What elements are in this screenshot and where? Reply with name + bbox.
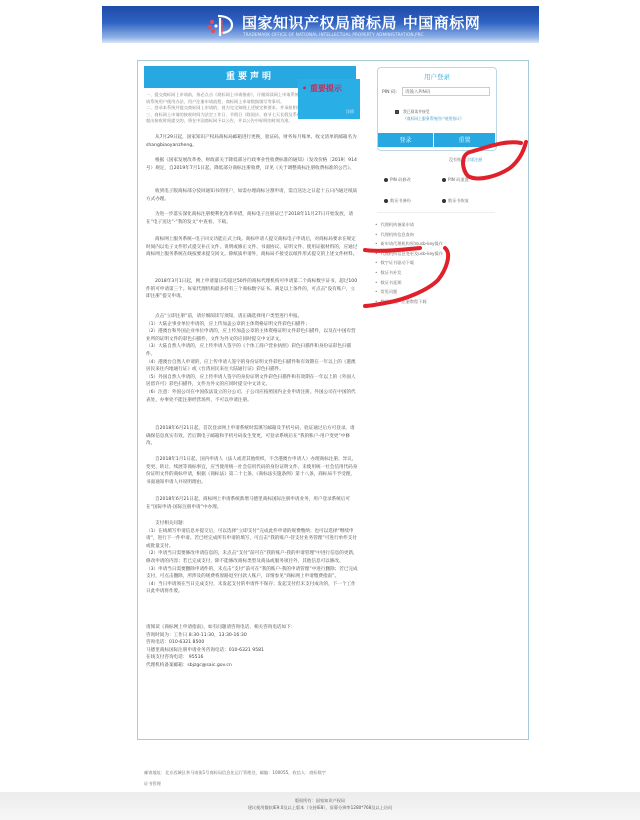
- register-item: （5）外国自然人申请的，应上传申请人签字的身份证明文件彩色扫描件和有效期在一年以…: [146, 374, 358, 389]
- link-label: 数证书恢复: [448, 198, 469, 203]
- pin-reset-icon: [442, 178, 446, 182]
- notice-paragraph: 自2018年1月1日起，国内申请人（法人或者其他组织，不含港澳台申请人）办理商标…: [146, 456, 358, 486]
- no-account-text: 没有账户,: [449, 157, 466, 162]
- pin-edit-icon: [384, 178, 388, 182]
- contact-line: 代理机构备案邮箱：sbjzgc@saic.gov.cn: [146, 662, 358, 670]
- contact-line: 在线支付咨询电话： 95516: [146, 654, 358, 662]
- mailing-address: 邮寄地址：北京西城区茶马南街1号商标局信息化运行管理处，邮编：100055，收信…: [144, 770, 326, 776]
- payment-item: （1）在线填写申请信息并提交后，可以选择“立即支付”完成此件申请的规费缴纳；也可…: [146, 528, 358, 551]
- register-intro: 点击“立即注册”前，请仔细阅读写须知，请正确选择用户类型进行申报。: [146, 313, 358, 321]
- notice-paragraph: 从7月29日起，国家知识产权局商标局邮箱进行更换，验证码、财务每月账单、收文清单…: [146, 134, 358, 149]
- contact-line: 咨询电话：010-6321 8500: [146, 639, 358, 647]
- cert-restore-link[interactable]: 数证书恢复: [442, 198, 469, 204]
- register-item: （2）港澳台和外国企业单位申请的，应上传加盖公章的主体资格证明文件彩色扫描件，以…: [146, 328, 358, 343]
- popup-title: • 重要提示: [302, 83, 342, 94]
- login-title: 用户登录: [378, 72, 496, 81]
- side-link[interactable]: 代理机构信息查询: [375, 230, 515, 240]
- browser-note: 建议使用微软IE9.0及以上版本（支持IE8），屏幕分辨率1280*768及以上…: [0, 805, 640, 811]
- agree-label: 我已阅读并接受: [403, 109, 430, 115]
- register-item: （3）大陆自然人申请的，应上传申请人签字的《个体工商户营业执照》彩色扫描件和身份…: [146, 343, 358, 358]
- notice-paragraph: 根据《国家发展改革委、财政部关于降低部分行政事业性收费标准的通知》（发改价格〔2…: [146, 157, 358, 172]
- side-link[interactable]: 数证书补发: [375, 268, 515, 278]
- side-link[interactable]: 常见问题: [375, 287, 515, 297]
- register-item: （4）港澳台自然人申请的，应上传申请人签字的身份证明文件彩色扫描件和有效期在一年…: [146, 359, 358, 374]
- register-notes: 点击“立即注册”前，请仔细阅读写须知，请正确选择用户类型进行申报。 （1）大陆企…: [146, 313, 358, 404]
- cert-update-icon: [384, 199, 388, 203]
- payment-item: （4）当日申请须在当日完成支付，未发起支付的申请件不保存；发起支付但未支付成功的…: [146, 581, 358, 596]
- divider: [377, 212, 495, 213]
- link-label: 数证书备份: [390, 198, 411, 203]
- cert-backup-link[interactable]: 数证书备份: [384, 198, 411, 204]
- notice-paragraph: 商标网上服务系统--电子回文功能正式上线。商标申请人提交商标电子申请后，对商标局…: [146, 236, 358, 259]
- reset-button[interactable]: 重置: [434, 133, 495, 147]
- link-label: PIN 码重置: [448, 177, 469, 182]
- login-button[interactable]: 登录: [378, 133, 433, 147]
- notice-paragraph: 2018年3月1日起，网上申请量日均超过50件的商标代理机构可申请第二个商标数字…: [146, 278, 358, 301]
- agree-checkbox[interactable]: [395, 110, 399, 114]
- contact-line: 马德里商标国际注册申请业务咨询电话：010-6321 9581: [146, 647, 358, 655]
- notice-paragraph: 收到电子版商标部分驳回通知书的用户，如需办理商标分割申请，需自送达之日起十五日内…: [146, 188, 358, 203]
- notice-paragraph: 自2018年6月21日起，首次登录网上申请系统时需填写邮箱及手机号码，验证通过后…: [146, 425, 358, 448]
- contact-line: 咨询时间为：工作日 8:30-11:30，13:30-16:30: [146, 632, 358, 640]
- payment-item: （3）申请当日需要删除申请件的，未点击“支付”前可在“我的账户-我的申请管理”中…: [146, 566, 358, 581]
- important-tip-popup[interactable]: • 重要提示 详情: [298, 79, 360, 119]
- cnipa-logo-icon: [207, 13, 235, 37]
- site-banner: 国家知识产权局商标局 中国商标网 TRADEMARK OFFICE OF NAT…: [102, 6, 539, 43]
- side-link[interactable]: 新申请代理机构须知usb-key操作: [375, 239, 515, 249]
- payment-notes: 支付相关问题： （1）在线填写申请信息并提交后，可以选择“立即支付”完成此件申请…: [146, 520, 358, 596]
- register-item: （6）注意：外国公司在中国依法设立的分公司、子公司应按照国内企业申请注册。外国公…: [146, 389, 358, 404]
- side-link[interactable]: 数字证书驱动下载: [375, 258, 515, 268]
- mailing-address-cont: 证书管理: [144, 781, 161, 787]
- agreement-link[interactable]: 《商标网上服务系统用户使用协议》: [403, 116, 464, 122]
- link-label: PIN 码修改: [390, 177, 411, 182]
- contact-line: 请阅读《商标网上申请指南》，如有问题请咨询电话，相关咨询电话如下：: [146, 624, 358, 632]
- notice-paragraph: 自2018年6月21日起，商标网上申请系统新增马德里商标国际注册申请业务，用户登…: [146, 496, 358, 511]
- side-link-list: 代理机构备案申请 代理机构信息查询 新申请代理机构须知usb-key操作 代理机…: [375, 220, 515, 306]
- cert-query-icon: [442, 199, 446, 203]
- pin-reset-link[interactable]: PIN 码重置: [442, 177, 469, 183]
- notice-paragraph: 为进一步落实深化商标注册便利化改革举措，商标电子注册证已于2018年11月27日…: [146, 211, 358, 226]
- site-subtitle: TRADEMARK OFFICE OF NATIONAL INTELLECTUA…: [243, 32, 424, 37]
- side-link[interactable]: 数证书用户注册教程下载: [375, 297, 515, 307]
- popup-more-link[interactable]: 详情: [346, 109, 354, 115]
- pin-edit-link[interactable]: PIN 码修改: [384, 177, 411, 183]
- pin-input[interactable]: 请输入PIN码: [402, 87, 490, 96]
- register-item: （1）大陆企事业单位申请的，应上传加盖公章的主体资格证明文件彩色扫描件；: [146, 321, 358, 329]
- payment-title: 支付相关问题：: [146, 520, 358, 528]
- site-title: 国家知识产权局商标局 中国商标网: [242, 12, 480, 33]
- copyright: 版权所有：国家知识产权局: [0, 798, 640, 804]
- no-account-register[interactable]: 没有账户,立即注册: [449, 157, 482, 163]
- register-link[interactable]: 立即注册: [466, 157, 482, 162]
- contact-info: 请阅读《商标网上申请指南》，如有问题请咨询电话，相关咨询电话如下： 咨询时间为：…: [146, 624, 358, 670]
- side-link[interactable]: 数证书延期: [375, 278, 515, 288]
- payment-item: （2）申请当日需要修改申请信息的，未点击“支付”前可在“我的账户-我的申请管理”…: [146, 550, 358, 565]
- side-link[interactable]: 代理机构信息变更及usb-key操作: [375, 249, 515, 259]
- pin-label: PIN 码：: [382, 89, 400, 95]
- side-link[interactable]: 代理机构备案申请: [375, 220, 515, 230]
